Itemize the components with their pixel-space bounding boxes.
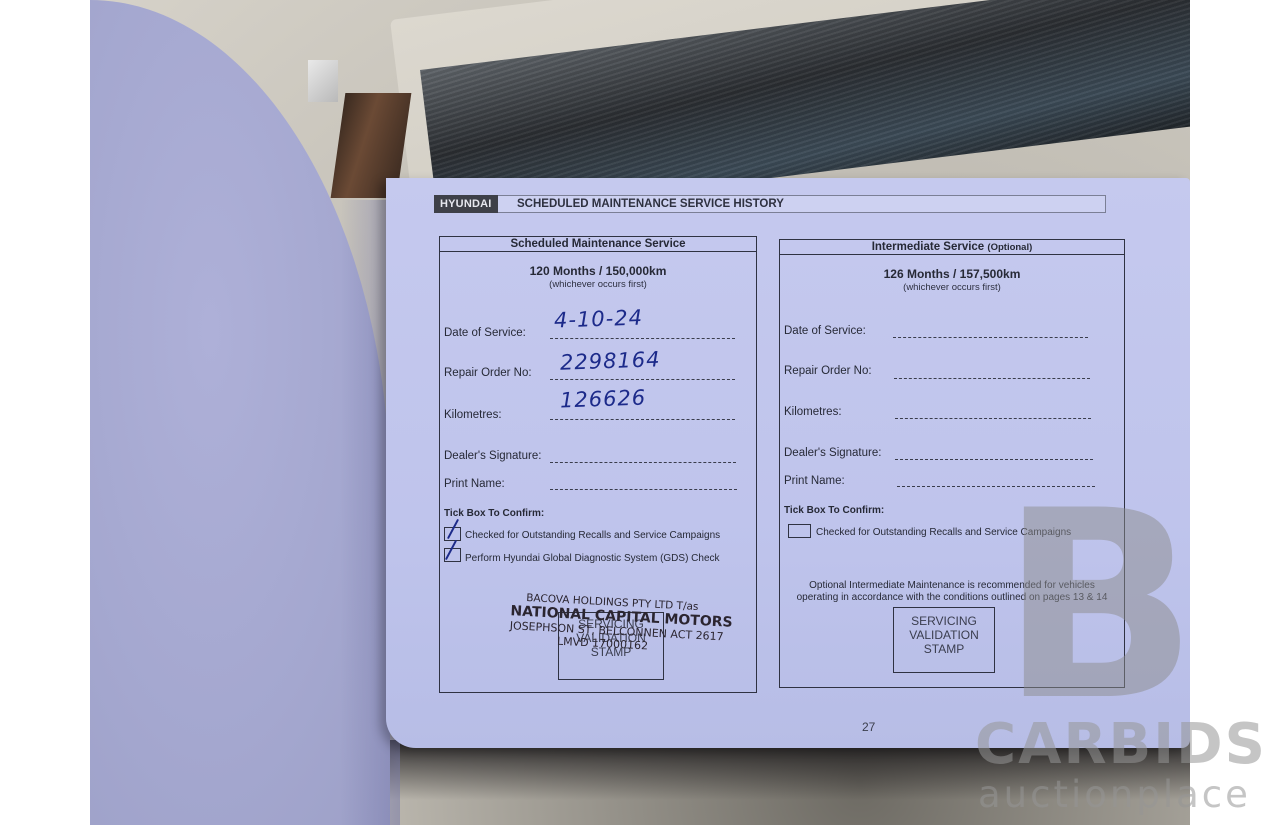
date-line[interactable] xyxy=(893,337,1088,338)
optional-tag: (Optional) xyxy=(987,242,1032,253)
kilometres-value[interactable]: 126626 xyxy=(560,386,647,413)
dealer-signature-label: Dealer's Signature: xyxy=(444,450,541,462)
photo: HYUNDAI SCHEDULED MAINTENANCE SERVICE HI… xyxy=(90,0,1190,825)
dealer-signature-line[interactable] xyxy=(550,462,736,463)
stamp-text: VALIDATION xyxy=(894,628,994,642)
dealer-signature-line[interactable] xyxy=(895,459,1093,460)
repair-order-line[interactable] xyxy=(550,379,735,380)
foil-scrap xyxy=(308,60,338,102)
stamp-text: SERVICING xyxy=(894,614,994,628)
watermark-tagline: auctionplace xyxy=(978,773,1251,817)
tick-box-title: Tick Box To Confirm: xyxy=(784,505,884,516)
note-line: Optional Intermediate Maintenance is rec… xyxy=(780,580,1124,592)
service-interval: 126 Months / 157,500km xyxy=(780,267,1124,281)
kilometres-label: Kilometres: xyxy=(444,409,502,421)
card-heading: Scheduled Maintenance Service xyxy=(440,237,756,252)
date-line[interactable] xyxy=(550,338,735,339)
intermediate-note: Optional Intermediate Maintenance is rec… xyxy=(780,580,1124,604)
note-line: operating in accordance with the conditi… xyxy=(780,592,1124,604)
validation-stamp-box: SERVICING VALIDATION STAMP xyxy=(893,607,995,673)
print-name-line[interactable] xyxy=(550,489,737,490)
dealer-signature-label: Dealer's Signature: xyxy=(784,447,881,459)
repair-order-value[interactable]: 2298164 xyxy=(560,347,661,374)
repair-order-label: Repair Order No: xyxy=(784,365,872,377)
stamp-text: STAMP xyxy=(894,642,994,656)
card-heading-text: Intermediate Service xyxy=(872,241,985,253)
repair-order-label: Repair Order No: xyxy=(444,367,532,379)
recalls-checkbox[interactable] xyxy=(788,524,811,538)
kilometres-label: Kilometres: xyxy=(784,406,842,418)
page-number: 27 xyxy=(862,720,875,734)
scheduled-service-card: Scheduled Maintenance Service 120 Months… xyxy=(439,236,757,693)
section-title: SCHEDULED MAINTENANCE SERVICE HISTORY xyxy=(517,196,784,212)
interval-note: (whichever occurs first) xyxy=(780,282,1124,293)
date-of-service-label: Date of Service: xyxy=(444,327,526,339)
repair-order-line[interactable] xyxy=(894,378,1090,379)
gds-check-label: Perform Hyundai Global Diagnostic System… xyxy=(465,553,720,564)
section-header: HYUNDAI SCHEDULED MAINTENANCE SERVICE HI… xyxy=(434,195,1106,213)
recalls-check-label: Checked for Outstanding Recalls and Serv… xyxy=(816,527,1071,538)
watermark-brand: CARBIDS xyxy=(975,715,1267,775)
print-name-label: Print Name: xyxy=(784,475,845,487)
date-of-service-label: Date of Service: xyxy=(784,325,866,337)
kilometres-line[interactable] xyxy=(550,419,735,420)
service-history-page: HYUNDAI SCHEDULED MAINTENANCE SERVICE HI… xyxy=(386,178,1190,748)
dealer-stamp: BACOVA HOLDINGS PTY LTD T/as NATIONAL CA… xyxy=(509,591,734,657)
card-heading: Intermediate Service (Optional) xyxy=(780,240,1124,255)
print-name-line[interactable] xyxy=(897,486,1095,487)
intermediate-service-card: Intermediate Service (Optional) 126 Mont… xyxy=(779,239,1125,688)
kilometres-line[interactable] xyxy=(895,418,1091,419)
recalls-check-label: Checked for Outstanding Recalls and Serv… xyxy=(465,530,720,541)
tick-box-title: Tick Box To Confirm: xyxy=(444,508,544,519)
service-interval: 120 Months / 150,000km xyxy=(440,264,756,278)
print-name-label: Print Name: xyxy=(444,478,505,490)
brand-badge: HYUNDAI xyxy=(434,195,498,213)
date-of-service-value[interactable]: 4-10-24 xyxy=(554,305,644,332)
interval-note: (whichever occurs first) xyxy=(440,279,756,290)
